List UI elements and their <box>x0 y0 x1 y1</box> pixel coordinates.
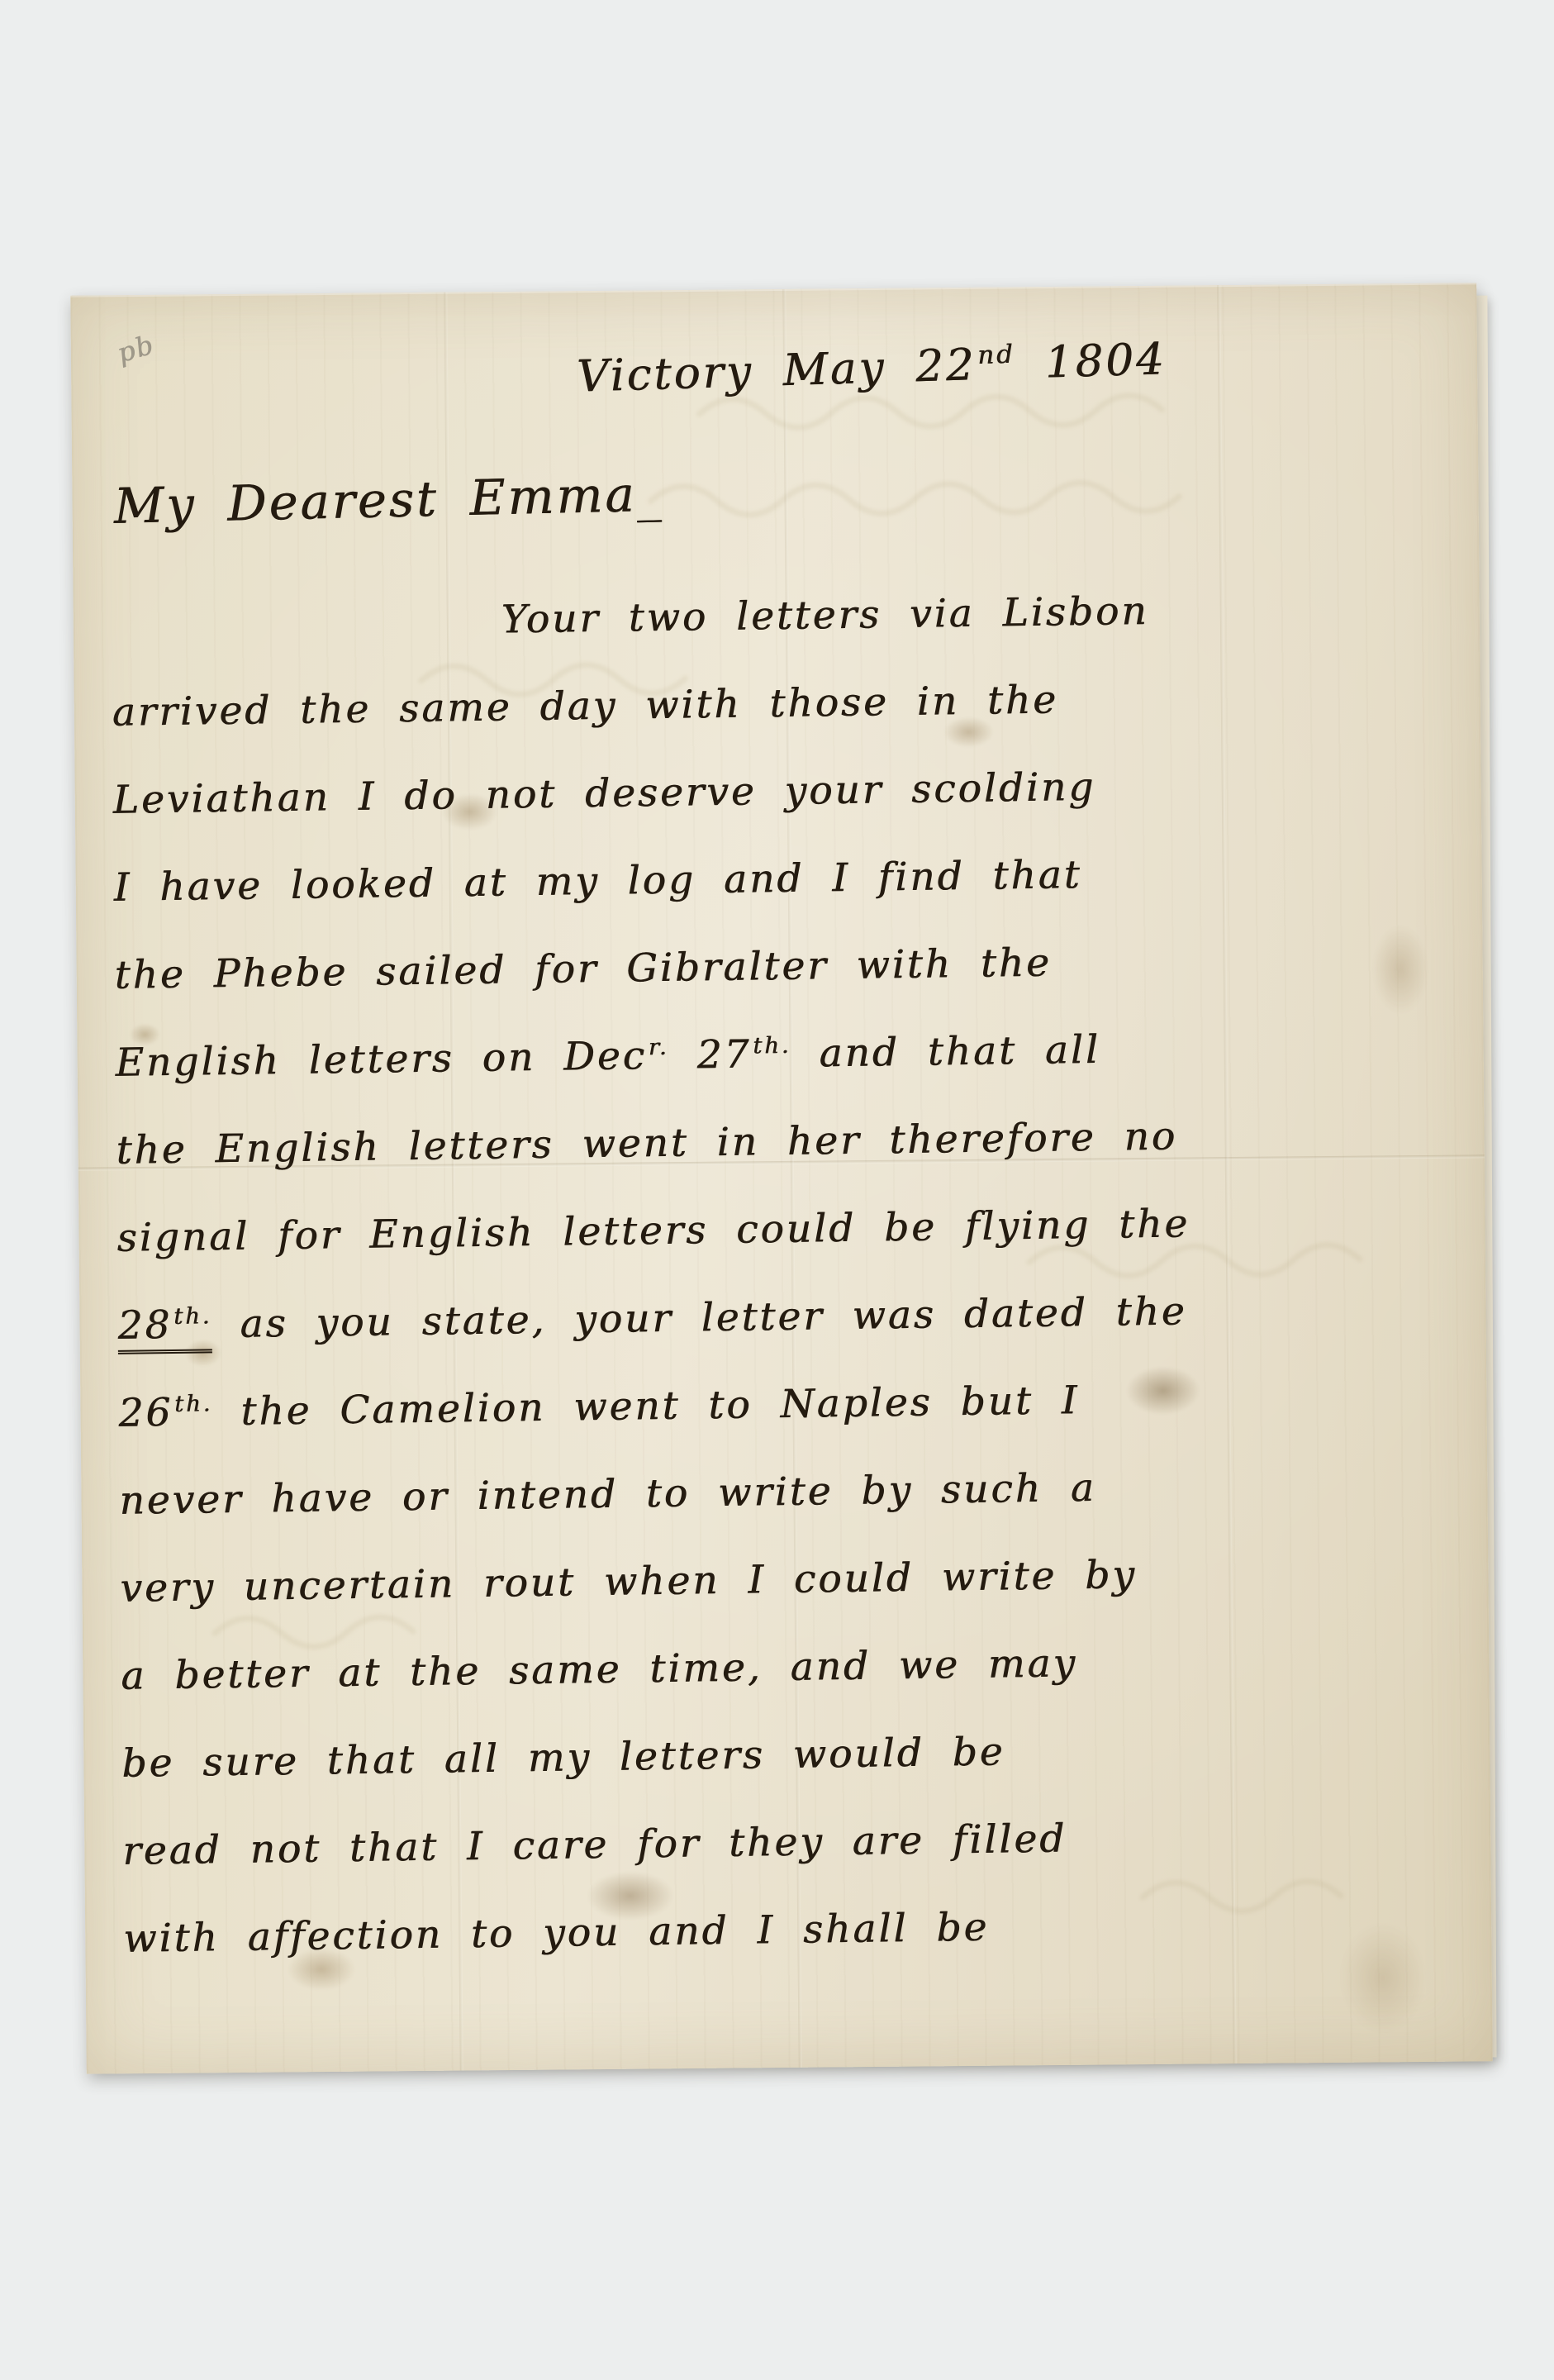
letter-paper: pb Victory May 22nd 1804 My Dearest Emma… <box>70 283 1492 2073</box>
letter-line: with affection to you and I shall be <box>123 1898 1480 2004</box>
letter-salutation: My Dearest Emma_ <box>113 465 664 535</box>
letter-body: Your two letters via Lisbonarrived the s… <box>112 587 1480 2001</box>
letter-heading-date: Victory May 22nd 1804 <box>576 334 1167 402</box>
pencil-annotation: pb <box>113 328 158 369</box>
photo-background: pb Victory May 22nd 1804 My Dearest Emma… <box>0 0 1554 2380</box>
